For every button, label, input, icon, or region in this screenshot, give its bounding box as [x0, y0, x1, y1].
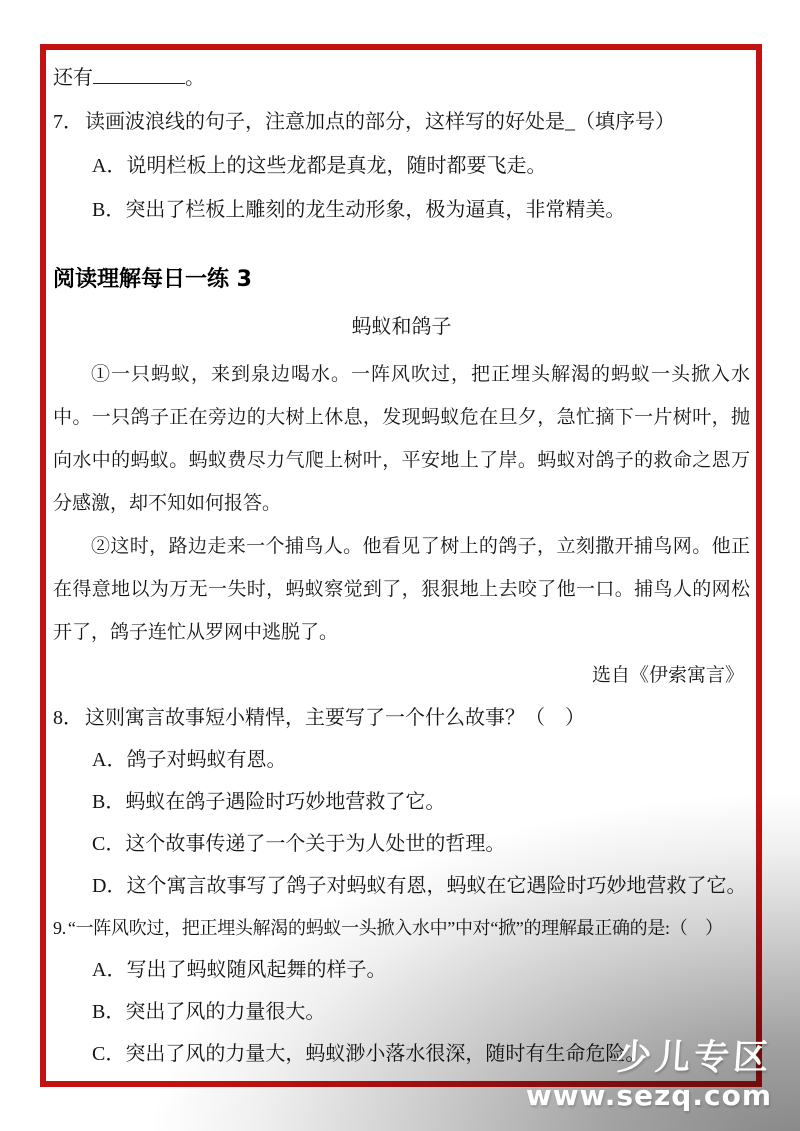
question-8-option-d: D．这个寓言故事写了鸽子对蚂蚁有恩，蚂蚁在它遇险时巧妙地营救了它。	[53, 865, 750, 907]
question-8-text: 这则寓言故事短小精悍，主要写了一个什么故事？（ ）	[85, 707, 585, 729]
question-9: 9.“一阵风吹过，把正埋头解渴的蚂蚁一头掀入水中”中对“掀”的理解最正确的是:（…	[53, 907, 750, 949]
question-8-option-b: B．蚂蚁在鸽子遇险时巧妙地营救了它。	[53, 781, 750, 823]
option-label: A．	[92, 959, 126, 981]
section-heading: 阅读理解每日一练 3	[53, 258, 750, 301]
question-8-number: 8．	[53, 707, 83, 729]
site-watermark: 少儿专区 www.sezq.com	[526, 1040, 772, 1110]
story-title: 蚂蚁和鸽子	[53, 301, 750, 353]
question-8: 8．这则寓言故事短小精悍，主要写了一个什么故事？（ ）	[53, 697, 750, 739]
watermark-site-url: www.sezq.com	[526, 1081, 772, 1110]
story-paragraph-2: ②这时，路边走来一个捕鸟人。他看见了树上的鸽子，立刻撒开捕鸟网。他正在得意地以为…	[53, 525, 750, 654]
option-label: C．	[92, 833, 125, 855]
option-label: A．	[92, 749, 126, 771]
worksheet-page: 还有。 7．读画波浪线的句子，注意加点的部分，这样写的好处是_（填序号） A．说…	[0, 0, 800, 1131]
option-text: 说明栏板上的这些龙都是真龙，随时都要飞走。	[126, 155, 546, 177]
fill-blank-prefix: 还有	[53, 67, 93, 89]
option-label: B．	[92, 1001, 125, 1023]
fill-blank-line: 还有。	[53, 56, 750, 100]
option-label: D．	[92, 875, 126, 897]
question-8-option-a: A．鸽子对蚂蚁有恩。	[53, 739, 750, 781]
story-source: 选自《伊索寓言》	[53, 654, 750, 697]
question-9-number: 9.	[53, 918, 66, 938]
content-frame: 还有。 7．读画波浪线的句子，注意加点的部分，这样写的好处是_（填序号） A．说…	[40, 44, 762, 1087]
story-paragraph-1: ①一只蚂蚁，来到泉边喝水。一阵风吹过，把正埋头解渴的蚂蚁一头掀入水中。一只鸽子正…	[53, 353, 750, 525]
option-label: A．	[92, 155, 126, 177]
question-7-text: 读画波浪线的句子，注意加点的部分，这样写的好处是_（填序号）	[85, 111, 675, 133]
option-text: 突出了栏板上雕刻的龙生动形象，极为逼真，非常精美。	[125, 199, 625, 221]
question-7-option-b: B．突出了栏板上雕刻的龙生动形象，极为逼真，非常精美。	[53, 188, 750, 232]
option-text: 鸽子对蚂蚁有恩。	[126, 749, 286, 771]
watermark-site-name: 少儿专区	[525, 1040, 774, 1077]
fill-blank-suffix: 。	[185, 67, 205, 89]
option-text: 突出了风的力量很大。	[125, 1001, 325, 1023]
option-text: 这个故事传递了一个关于为人处世的哲理。	[125, 833, 505, 855]
option-label: B．	[92, 791, 125, 813]
option-label: C．	[92, 1043, 125, 1065]
question-9-option-b: B．突出了风的力量很大。	[53, 991, 750, 1033]
question-7: 7．读画波浪线的句子，注意加点的部分，这样写的好处是_（填序号）	[53, 100, 750, 144]
question-7-option-a: A．说明栏板上的这些龙都是真龙，随时都要飞走。	[53, 144, 750, 188]
answer-blank	[93, 64, 185, 84]
option-label: B．	[92, 199, 125, 221]
option-text: 写出了蚂蚁随风起舞的样子。	[126, 959, 386, 981]
question-9-option-a: A．写出了蚂蚁随风起舞的样子。	[53, 949, 750, 991]
option-text: 这个寓言故事写了鸽子对蚂蚁有恩，蚂蚁在它遇险时巧妙地营救了它。	[126, 875, 746, 897]
option-text: 蚂蚁在鸽子遇险时巧妙地营救了它。	[125, 791, 445, 813]
question-9-text: “一阵风吹过，把正埋头解渴的蚂蚁一头掀入水中”中对“掀”的理解最正确的是:（ ）	[68, 918, 723, 938]
question-7-number: 7．	[53, 111, 83, 133]
question-8-option-c: C．这个故事传递了一个关于为人处世的哲理。	[53, 823, 750, 865]
